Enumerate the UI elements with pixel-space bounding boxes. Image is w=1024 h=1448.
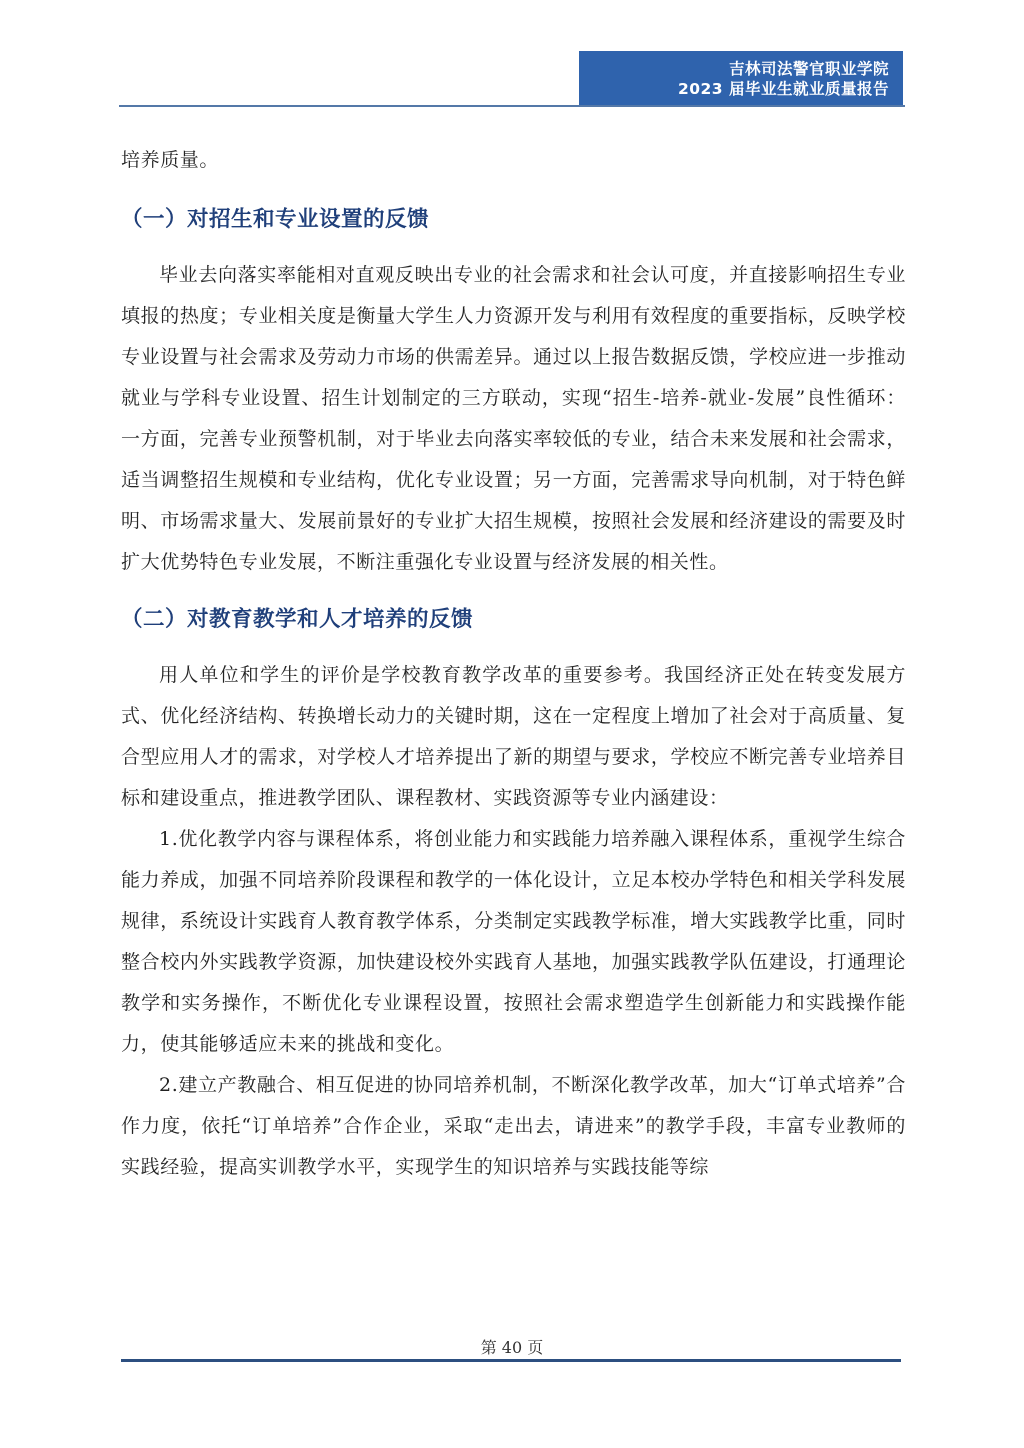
- section-1-paragraph-1: 毕业去向落实率能相对直观反映出专业的社会需求和社会认可度，并直接影响招生专业填报…: [121, 255, 906, 583]
- institution-name: 吉林司法警官职业学院: [579, 59, 889, 79]
- section-heading-1: （一）对招生和专业设置的反馈: [121, 205, 906, 235]
- page-number: 第 40 页: [0, 1335, 1024, 1358]
- section-2-paragraph-1: 用人单位和学生的评价是学校教育教学改革的重要参考。我国经济正处在转变发展方式、优…: [121, 655, 906, 819]
- report-header-band: 吉林司法警官职业学院 2023 届毕业生就业质量报告: [579, 51, 903, 106]
- section-heading-2: （二）对教育教学和人才培养的反馈: [121, 605, 906, 635]
- page-content: 培养质量。 （一）对招生和专业设置的反馈 毕业去向落实率能相对直观反映出专业的社…: [121, 140, 906, 1188]
- section-2-paragraph-2: 1.优化教学内容与课程体系，将创业能力和实践能力培养融入课程体系，重视学生综合能…: [121, 819, 906, 1065]
- footer-divider: [121, 1359, 901, 1362]
- report-title: 2023 届毕业生就业质量报告: [579, 79, 889, 99]
- lead-text: 培养质量。: [121, 140, 906, 181]
- header-divider: [119, 105, 905, 107]
- section-2-paragraph-3: 2.建立产教融合、相互促进的协同培养机制，不断深化教学改革，加大“订单式培养”合…: [121, 1065, 906, 1188]
